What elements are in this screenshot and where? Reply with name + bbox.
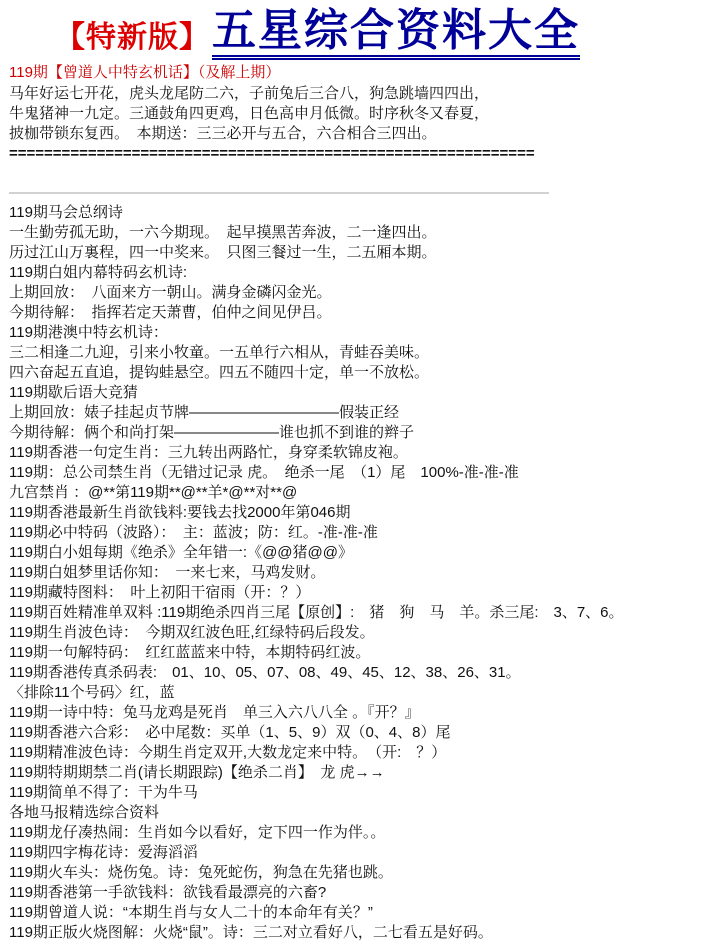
page-header: 【特新版】 五星综合资料大全 <box>55 6 713 62</box>
content-line: 119期：总公司禁生肖（无错过记录 虎。 绝杀一尾 （1）尾 100%-准-准-… <box>9 463 713 483</box>
content-line: 上期回放：婊子挂起贞节牌——————————假装正经 <box>9 403 713 423</box>
content-line: 119期曾道人说：“本期生肖与女人二十的本命年有关？” <box>9 903 713 923</box>
content-line: 119期简单不得了：干为牛马 <box>9 783 713 803</box>
page-title: 五星综合资料大全 <box>212 8 580 60</box>
content-line: 〈排除11个号码〉红，蓝 <box>9 683 713 703</box>
content-line: 119期白小姐每期《绝杀》全年错一:《@@猪@@》 <box>9 543 713 563</box>
content-line: 119期百姓精准单双料 :119期绝杀四肖三尾【原创】: 猪 狗 马 羊。杀三尾… <box>9 603 713 623</box>
content-line: 119期特期期禁二肖(请长期跟踪)【绝杀二肖】 龙 虎→→ <box>9 763 713 783</box>
lottery-info-page: 【特新版】 五星综合资料大全 119期【曾道人中特玄机话】（及解上期） 马年好运… <box>0 0 713 949</box>
content-line: 上期回放： 八面来方一朝山。满身金磷闪金光。 <box>9 283 713 303</box>
content-line: 今期待解： 指挥若定天萧曹，伯仲之间见伊吕。 <box>9 303 713 323</box>
content-line: 119期香港第一手欲钱料：欲钱看最漂亮的六畜? <box>9 883 713 903</box>
content-line: 119期四字梅花诗：爱海滔滔 <box>9 843 713 863</box>
intro-line: 马年好运七开花，虎头龙尾防二六，子前兔后三合八，狗急跳墙四四出， <box>9 84 713 104</box>
content-line: 119期歇后语大竞猜 <box>9 383 713 403</box>
content-line: 各地马报精选综合资料 <box>9 803 713 823</box>
content-list: 119期马会总纲诗 一生勤劳孤无助，一六今期现。 起早摸黑苦奔波，二一逢四出。 … <box>9 203 713 943</box>
dash-separator: ———————————————————————————————————— <box>9 183 713 203</box>
content-line: 119期白姐内幕特码玄机诗: <box>9 263 713 283</box>
issue-subtitle: 119期【曾道人中特玄机话】（及解上期） <box>9 62 713 84</box>
content-line: 119期香港六合彩： 必中尾数：买单（1、5、9）双（0、4、8）尾 <box>9 723 713 743</box>
content-line: 119期一诗中特：兔马龙鸡是死肖 单三入六八八全 。『开？』 <box>9 703 713 723</box>
equals-separator: ========================================… <box>9 144 713 164</box>
content-line: 三二相逢二九迎，引来小牧童。一五单行六相从，青蛙吞美味。 <box>9 343 713 363</box>
edition-badge: 【特新版】 <box>55 12 210 56</box>
content-line: 119期港澳中特玄机诗： <box>9 323 713 343</box>
content-line: 119期正版火烧图解：火烧“鼠”。诗：三二对立看好八，二七看五是好码。 <box>9 923 713 943</box>
content-line: 历过江山万裏程，四一中奖来。 只图三餐过一生，二五厢本期。 <box>9 243 713 263</box>
content-line: 今期待解：俩个和尚打架———————谁也抓不到谁的辫子 <box>9 423 713 443</box>
content-line: 119期必中特码（波路）： 主：蓝波；防：红。-准-准-准 <box>9 523 713 543</box>
content-line: 119期火车头：烧伤兔。诗：兔死蛇伤，狗急在先猪也跳。 <box>9 863 713 883</box>
content-line: 119期龙仔凑热闹：生肖如今以看好，定下四一作为伴。。 <box>9 823 713 843</box>
content-line: 119期香港一句定生肖：三九转出两路忙，身穿柔软锦皮袍。 <box>9 443 713 463</box>
intro-line: 牛鬼猪神一九定。三通鼓角四更鸡，日色高申月低微。时序秋冬又春夏， <box>9 104 713 124</box>
content-line: 九宫禁肖 ：@**第119期**@**羊*@**对**@ <box>9 483 713 503</box>
content-line: 119期生肖波色诗： 今期双红波色旺,红绿特码后段发。 <box>9 623 713 643</box>
content-line: 119期一句解特码： 红红蓝蓝来中特，本期特码红波。 <box>9 643 713 663</box>
content-line: 119期香港传真杀码表: 01、10、05、07、08、49、45、12、38、… <box>9 663 713 683</box>
content-line: 119期精准波色诗：今期生肖定双开,大数龙定来中特。 （开: ？） <box>9 743 713 763</box>
content-line: 119期白姐梦里话你知： 一来七来，马鸡发财。 <box>9 563 713 583</box>
content-line: 119期马会总纲诗 <box>9 203 713 223</box>
intro-verse: 马年好运七开花，虎头龙尾防二六，子前兔后三合八，狗急跳墙四四出， 牛鬼猪神一九定… <box>9 84 713 144</box>
content-line: 四六奋起五直追，提钩蛙悬空。四五不随四十定，单一不放松。 <box>9 363 713 383</box>
content-line: 一生勤劳孤无助，一六今期现。 起早摸黑苦奔波，二一逢四出。 <box>9 223 713 243</box>
content-line: 119期藏特图料： 叶上初阳干宿雨（开：？） <box>9 583 713 603</box>
intro-line: 披枷带锁东复西。 本期送：三三必开与五合，六合相合三四出。 <box>9 124 713 144</box>
content-line: 119期香港最新生肖欲钱料:要钱去找2000年第046期 <box>9 503 713 523</box>
